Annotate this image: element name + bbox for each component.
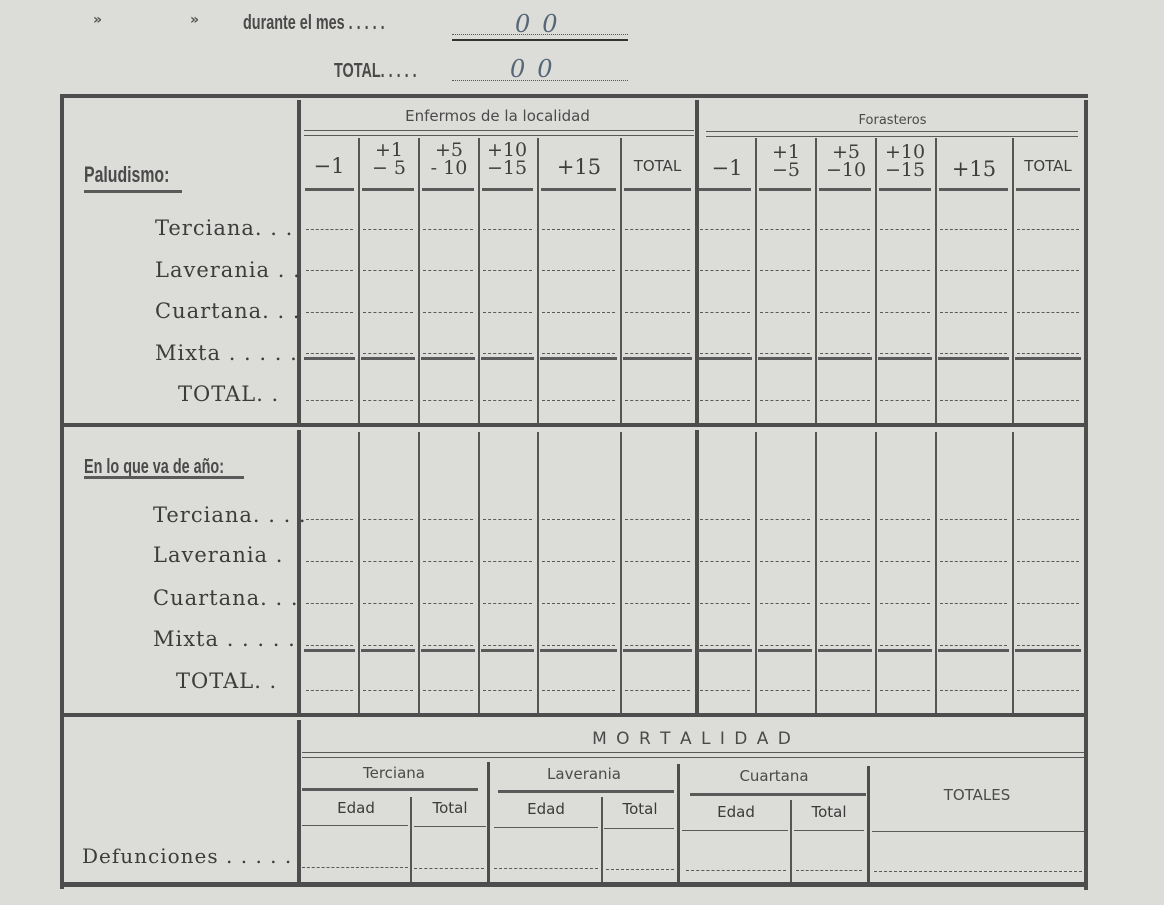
col-header-bottom: −5 xyxy=(757,161,815,179)
entry-cell[interactable] xyxy=(940,400,1007,401)
entry-cell[interactable] xyxy=(363,561,413,562)
entry-cell[interactable] xyxy=(760,400,810,401)
entry-cell[interactable] xyxy=(940,603,1007,604)
column-line xyxy=(478,138,480,423)
col-header-bottom: - 10 xyxy=(420,159,478,177)
entry-cell[interactable] xyxy=(760,270,810,271)
column-header-underline xyxy=(759,188,811,191)
entry-cell[interactable] xyxy=(700,229,750,230)
entry-cell[interactable] xyxy=(1017,229,1079,230)
entry-cell[interactable] xyxy=(880,229,930,230)
cuartana-total: Total xyxy=(792,803,866,821)
entry-cell[interactable] xyxy=(423,270,473,271)
mortality-entry-laverania-edad[interactable] xyxy=(494,868,598,869)
entry-cell[interactable] xyxy=(306,229,353,230)
entry-cell[interactable] xyxy=(760,519,810,520)
col-header-lt1: −1 xyxy=(300,154,358,178)
section-divider-2 xyxy=(60,713,1086,717)
entry-cell[interactable] xyxy=(700,519,750,520)
entry-cell[interactable] xyxy=(483,645,532,646)
col-header-bottom: −10 xyxy=(816,161,876,179)
column-header-underline xyxy=(422,188,474,191)
row-label-defunciones: Defunciones . . . . . xyxy=(82,844,292,868)
row-label-total-year: TOTAL. . xyxy=(176,669,277,693)
row-label-terciana-year: Terciana. . . . xyxy=(153,503,307,527)
entry-cell[interactable] xyxy=(880,400,930,401)
mixta-underline xyxy=(304,649,355,652)
entry-cell[interactable] xyxy=(483,519,532,520)
row-label-terciana: Terciana. . . xyxy=(155,216,293,240)
entry-cell[interactable] xyxy=(363,690,413,691)
column-line xyxy=(478,432,480,713)
column-line xyxy=(875,138,877,423)
row-label-cuartana-year: Cuartana. . . xyxy=(153,586,299,610)
entry-cell[interactable] xyxy=(542,400,615,401)
entry-cell[interactable] xyxy=(700,603,750,604)
entry-cell[interactable] xyxy=(542,353,615,354)
mixta-underline xyxy=(878,649,932,652)
laverania-edad: Edad xyxy=(492,800,600,818)
column-header-underline xyxy=(1016,188,1080,191)
entry-cell[interactable] xyxy=(940,645,1007,646)
column-header-underline xyxy=(624,188,691,191)
entry-cell[interactable] xyxy=(1017,561,1079,562)
entry-cell[interactable] xyxy=(820,312,870,313)
entry-cell[interactable] xyxy=(880,312,930,313)
locals-double-line-b xyxy=(304,135,694,136)
row-label-total: TOTAL. . xyxy=(178,382,279,406)
mortality-entry-cuartana-edad[interactable] xyxy=(686,870,786,871)
mortality-sub-line-1 xyxy=(302,825,408,826)
entry-cell[interactable] xyxy=(306,561,353,562)
frame-right xyxy=(1084,100,1088,890)
entry-cell[interactable] xyxy=(880,561,930,562)
column-line xyxy=(418,138,420,423)
column-header-underline xyxy=(482,188,533,191)
entry-cell[interactable] xyxy=(880,270,930,271)
entry-cell[interactable] xyxy=(700,312,750,313)
column-line xyxy=(358,432,360,713)
entry-cell[interactable] xyxy=(306,519,353,520)
row-label-laverania: Laverania . . xyxy=(155,258,301,282)
mixta-underline xyxy=(481,357,534,360)
paludismo-underline xyxy=(84,190,182,193)
entry-cell[interactable] xyxy=(820,561,870,562)
entry-cell[interactable] xyxy=(483,603,532,604)
month-label: durante el mes . . . . . xyxy=(243,12,385,35)
column-header-underline xyxy=(819,188,871,191)
terciana-group-underline xyxy=(302,788,478,791)
entry-cell[interactable] xyxy=(880,519,930,520)
mortality-entry-terciana-edad[interactable] xyxy=(302,867,408,868)
mixta-underline xyxy=(361,649,415,652)
entry-cell[interactable] xyxy=(1017,645,1079,646)
entry-cell[interactable] xyxy=(423,519,473,520)
col-header-1-5: +1− 5 xyxy=(360,141,418,177)
column-line xyxy=(815,138,817,423)
column-line xyxy=(537,432,539,713)
mixta-underline xyxy=(361,357,415,360)
laverania-total: Total xyxy=(603,800,677,818)
entry-cell[interactable] xyxy=(363,645,413,646)
entry-cell[interactable] xyxy=(1017,690,1079,691)
entry-cell[interactable] xyxy=(306,353,353,354)
mixta-underline xyxy=(698,357,752,360)
column-header-underline xyxy=(541,188,616,191)
entry-cell[interactable] xyxy=(363,229,413,230)
entry-cell[interactable] xyxy=(625,561,690,562)
total-label: TOTAL. . . . . xyxy=(334,60,417,83)
entry-cell[interactable] xyxy=(363,400,413,401)
entry-cell[interactable] xyxy=(542,690,615,691)
mixta-underline xyxy=(938,357,1009,360)
entry-cell[interactable] xyxy=(483,270,532,271)
mortality-entry-totales[interactable] xyxy=(874,871,1082,872)
entry-cell[interactable] xyxy=(542,603,615,604)
locals-double-line-a xyxy=(304,130,694,131)
mixta-underline xyxy=(818,649,872,652)
entry-cell[interactable] xyxy=(483,400,532,401)
entry-cell[interactable] xyxy=(760,690,810,691)
entry-cell[interactable] xyxy=(760,561,810,562)
foreign-col-header-5-10: +5−10 xyxy=(816,143,876,179)
entry-cell[interactable] xyxy=(625,312,690,313)
entry-cell[interactable] xyxy=(483,561,532,562)
entry-cell[interactable] xyxy=(625,353,690,354)
entry-cell[interactable] xyxy=(760,353,810,354)
entry-cell[interactable] xyxy=(820,690,870,691)
entry-cell[interactable] xyxy=(820,519,870,520)
entry-cell[interactable] xyxy=(423,229,473,230)
entry-cell[interactable] xyxy=(306,603,353,604)
entry-cell[interactable] xyxy=(625,519,690,520)
entry-cell[interactable] xyxy=(1017,270,1079,271)
entry-cell[interactable] xyxy=(306,270,353,271)
mortality-sub-line-2 xyxy=(414,826,486,827)
entry-cell[interactable] xyxy=(542,645,615,646)
entry-cell[interactable] xyxy=(820,353,870,354)
terciana-total: Total xyxy=(412,799,488,817)
column-header-underline xyxy=(879,188,931,191)
mixta-underline xyxy=(421,649,475,652)
col-header-bottom: −15 xyxy=(478,159,536,177)
mixta-underline xyxy=(540,357,617,360)
entry-cell[interactable] xyxy=(820,400,870,401)
entry-cell[interactable] xyxy=(542,561,615,562)
entry-cell[interactable] xyxy=(363,353,413,354)
entry-cell[interactable] xyxy=(542,519,615,520)
entry-cell[interactable] xyxy=(542,312,615,313)
entry-cell[interactable] xyxy=(363,519,413,520)
mortality-group-laverania: Laverania xyxy=(490,765,678,783)
total-value[interactable]: 00 xyxy=(510,55,565,83)
column-line xyxy=(358,138,360,423)
col-header-bottom: − 5 xyxy=(360,159,418,177)
mixta-underline xyxy=(698,649,752,652)
entry-cell[interactable] xyxy=(940,353,1007,354)
entry-cell[interactable] xyxy=(760,645,810,646)
section-title-paludismo: Paludismo: xyxy=(84,162,169,188)
entry-cell[interactable] xyxy=(1017,603,1079,604)
column-header-underline xyxy=(939,188,1008,191)
mortality-sub-line-7 xyxy=(872,831,1084,832)
mixta-underline xyxy=(421,357,475,360)
entry-cell[interactable] xyxy=(700,270,750,271)
foreign-double-line-b xyxy=(706,136,1078,137)
entry-cell[interactable] xyxy=(880,603,930,604)
column-line xyxy=(875,432,877,713)
entry-cell[interactable] xyxy=(363,603,413,604)
entry-cell[interactable] xyxy=(1017,312,1079,313)
entry-cell[interactable] xyxy=(880,645,930,646)
column-line xyxy=(418,432,420,713)
mortality-totales-header: TOTALES xyxy=(870,786,1084,804)
bullet-mark-1: » xyxy=(93,12,102,28)
entry-cell[interactable] xyxy=(625,270,690,271)
entry-cell[interactable] xyxy=(1017,353,1079,354)
entry-cell[interactable] xyxy=(760,603,810,604)
mixta-underline xyxy=(304,357,355,360)
mortality-entry-terciana-total[interactable] xyxy=(414,868,484,869)
entry-cell[interactable] xyxy=(760,229,810,230)
group-divider-2 xyxy=(695,430,699,713)
entry-cell[interactable] xyxy=(820,229,870,230)
mortality-group-cuartana: Cuartana xyxy=(680,767,868,785)
foreign-col-header-gt15: +15 xyxy=(936,157,1012,181)
frame-left xyxy=(60,94,64,889)
mortality-entry-laverania-total[interactable] xyxy=(606,869,674,870)
foreign-double-line-a xyxy=(706,131,1078,132)
entry-cell[interactable] xyxy=(625,690,690,691)
entry-cell[interactable] xyxy=(423,353,473,354)
entry-cell[interactable] xyxy=(306,690,353,691)
entry-cell[interactable] xyxy=(423,603,473,604)
entry-cell[interactable] xyxy=(700,645,750,646)
entry-cell[interactable] xyxy=(423,645,473,646)
entry-cell[interactable] xyxy=(940,312,1007,313)
mixta-underline xyxy=(818,357,872,360)
column-line xyxy=(537,138,539,423)
mixta-underline xyxy=(758,357,812,360)
entry-cell[interactable] xyxy=(625,603,690,604)
laverania-group-underline xyxy=(498,790,674,793)
entry-cell[interactable] xyxy=(306,400,353,401)
entry-cell[interactable] xyxy=(700,353,750,354)
mixta-underline xyxy=(540,649,617,652)
entry-cell[interactable] xyxy=(483,229,532,230)
column-header-underline xyxy=(305,188,354,191)
col-header-10-15: +10−15 xyxy=(478,141,536,177)
group-header-foreign: Forasteros xyxy=(700,113,1085,128)
entry-cell[interactable] xyxy=(760,312,810,313)
bullet-mark-2: » xyxy=(190,12,199,28)
col-header-gt15: +15 xyxy=(538,155,620,179)
entry-cell[interactable] xyxy=(483,690,532,691)
terciana-edad: Edad xyxy=(302,799,410,817)
entry-cell[interactable] xyxy=(1017,400,1079,401)
mixta-underline xyxy=(1015,649,1081,652)
frame-bottom xyxy=(60,882,1088,887)
entry-cell[interactable] xyxy=(363,312,413,313)
column-header-underline xyxy=(699,188,751,191)
entry-cell[interactable] xyxy=(820,645,870,646)
entry-cell[interactable] xyxy=(700,561,750,562)
column-line xyxy=(815,432,817,713)
entry-cell[interactable] xyxy=(625,645,690,646)
entry-cell[interactable] xyxy=(880,353,930,354)
entry-cell[interactable] xyxy=(820,603,870,604)
entry-cell[interactable] xyxy=(363,270,413,271)
foreign-col-header-total: TOTAL xyxy=(1012,157,1084,175)
mixta-underline xyxy=(758,649,812,652)
col-header-bottom: −15 xyxy=(876,161,934,179)
mixta-underline xyxy=(938,649,1009,652)
entry-cell[interactable] xyxy=(423,400,473,401)
column-line xyxy=(755,432,757,713)
mortality-sub-line-4 xyxy=(604,828,674,829)
mixta-underline xyxy=(1015,357,1081,360)
entry-cell[interactable] xyxy=(542,229,615,230)
mortality-sub-line-6 xyxy=(794,830,864,831)
entry-cell[interactable] xyxy=(1017,519,1079,520)
col-header-5-10: +5- 10 xyxy=(420,141,478,177)
section-divider-1 xyxy=(60,423,1086,427)
entry-cell[interactable] xyxy=(625,229,690,230)
mortality-double-a xyxy=(302,752,1084,753)
entry-cell[interactable] xyxy=(940,229,1007,230)
entry-cell[interactable] xyxy=(483,353,532,354)
column-line xyxy=(1012,432,1014,713)
mixta-underline xyxy=(878,357,932,360)
frame-top xyxy=(60,94,1088,98)
entry-cell[interactable] xyxy=(940,561,1007,562)
foreign-col-header-lt1: −1 xyxy=(699,156,755,180)
mortality-double-b xyxy=(302,757,1084,758)
column-line xyxy=(620,432,622,713)
group-divider-1 xyxy=(695,100,699,423)
entry-cell[interactable] xyxy=(423,561,473,562)
row-label-laverania-year: Laverania . xyxy=(153,543,283,567)
entry-cell[interactable] xyxy=(306,312,353,313)
entry-cell[interactable] xyxy=(423,690,473,691)
column-line xyxy=(755,138,757,423)
month-value[interactable]: 00 xyxy=(515,10,570,38)
year-underline xyxy=(84,476,244,479)
mortality-sub-line-5 xyxy=(682,830,788,831)
entry-cell[interactable] xyxy=(700,400,750,401)
entry-cell[interactable] xyxy=(423,312,473,313)
entry-cell[interactable] xyxy=(940,270,1007,271)
mortality-group-terciana: Terciana xyxy=(300,764,488,782)
foreign-col-header-1-5: +1−5 xyxy=(757,143,815,179)
entry-cell[interactable] xyxy=(542,270,615,271)
entry-cell[interactable] xyxy=(880,690,930,691)
foreign-col-header-10-15: +10−15 xyxy=(876,143,934,179)
mortality-sub-line-3 xyxy=(494,827,598,828)
row-label-mixta: Mixta . . . . . xyxy=(155,341,298,365)
entry-cell[interactable] xyxy=(820,270,870,271)
mixta-underline xyxy=(481,649,534,652)
column-line xyxy=(620,138,622,423)
mortality-title: M O R T A L I D A D xyxy=(300,729,1085,749)
entry-cell[interactable] xyxy=(940,690,1007,691)
col-header-total: TOTAL xyxy=(620,157,695,175)
group-header-locals: Enfermos de la localidad xyxy=(300,107,695,125)
entry-cell[interactable] xyxy=(483,312,532,313)
column-line xyxy=(1012,138,1014,423)
cuartana-group-underline xyxy=(690,793,866,796)
row-label-cuartana: Cuartana. . . xyxy=(155,299,301,323)
column-line xyxy=(935,432,937,713)
month-field-underline xyxy=(452,39,628,41)
entry-cell[interactable] xyxy=(940,519,1007,520)
mortality-entry-cuartana-total[interactable] xyxy=(796,870,862,871)
column-line xyxy=(935,138,937,423)
entry-cell[interactable] xyxy=(625,400,690,401)
mixta-underline xyxy=(623,357,692,360)
column-header-underline xyxy=(362,188,414,191)
cuartana-edad: Edad xyxy=(682,803,790,821)
entry-cell[interactable] xyxy=(306,645,353,646)
entry-cell[interactable] xyxy=(700,690,750,691)
row-label-mixta-year: Mixta . . . . . xyxy=(153,627,296,651)
mixta-underline xyxy=(623,649,692,652)
label-column-divider-2 xyxy=(297,430,301,713)
